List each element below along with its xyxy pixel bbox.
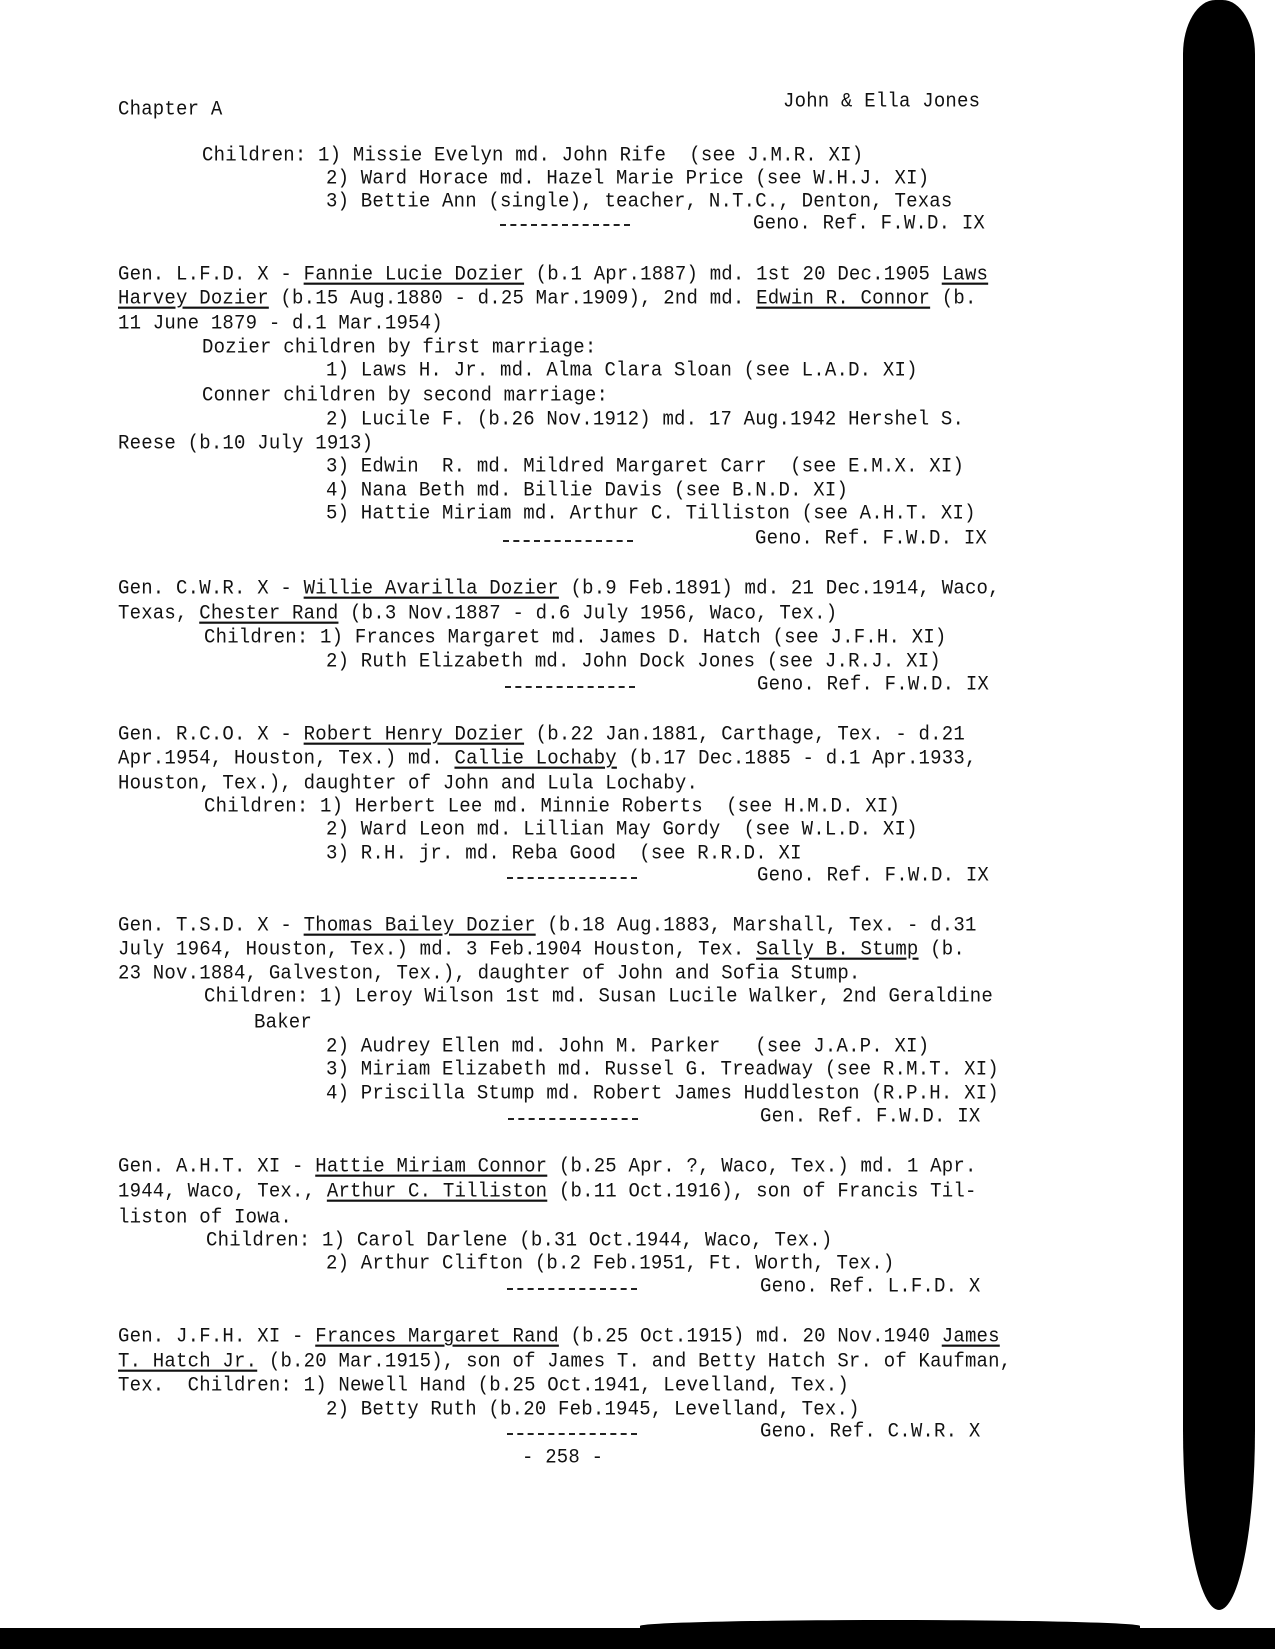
entry-line: Conner children by second marriage: [202, 382, 608, 408]
geno-ref: Gen. Ref. F.W.D. IX [760, 1103, 980, 1129]
geno-ref: Geno. Ref. L.F.D. X [760, 1273, 980, 1299]
entry-line: Gen. C.W.R. X - Willie Avarilla Dozier (… [118, 575, 1000, 601]
entry-line: Apr.1954, Houston, Tex.) md. Callie Loch… [118, 745, 977, 771]
entry-line: 11 June 1879 - d.1 Mar.1954) [118, 310, 443, 336]
separator [507, 1288, 637, 1290]
person-name: Thomas Bailey Dozier [304, 913, 536, 937]
spouse-name: Harvey Dozier [118, 286, 269, 310]
separator [500, 224, 630, 226]
child-line: 3) R.H. jr. md. Reba Good (see R.R.D. XI [326, 840, 802, 866]
entry-text: (b.11 Oct.1916), son of Francis Til- [547, 1179, 976, 1203]
spouse-name: Laws [942, 262, 988, 286]
person-name: Fannie Lucie Dozier [304, 262, 524, 286]
entry-line: July 1964, Houston, Tex.) md. 3 Feb.1904… [118, 936, 965, 962]
spouse-name: Sally B. Stump [756, 937, 918, 961]
entry-text: Apr.1954, Houston, Tex.) md. [118, 746, 454, 770]
child-line: Children: 1) Frances Margaret md. James … [204, 624, 947, 650]
scan-edge-shadow-bottom [0, 1628, 1275, 1649]
spouse-name: T. Hatch Jr. [118, 1349, 257, 1373]
entry-text: (b.25 Apr. ?, Waco, Tex.) md. 1 Apr. [547, 1154, 976, 1178]
entry-line: 1944, Waco, Tex., Arthur C. Tilliston (b… [118, 1178, 977, 1204]
entry-text: (b.17 Dec.1885 - d.1 Apr.1933, [617, 746, 977, 770]
gen-code: Gen. L.F.D. X - [118, 262, 304, 286]
spouse-name: Arthur C. Tilliston [327, 1179, 547, 1203]
entry-text: (b. [930, 286, 976, 310]
entry-text: (b.25 Oct.1915) md. 20 Nov.1940 [559, 1324, 942, 1348]
entry-text: (b.22 Jan.1881, Carthage, Tex. - d.21 [524, 722, 965, 746]
separator [508, 1118, 638, 1120]
chapter-heading: Chapter A [118, 96, 222, 122]
entry-line: Gen. A.H.T. XI - Hattie Miriam Connor (b… [118, 1153, 977, 1179]
geno-ref: Geno. Ref. C.W.R. X [760, 1418, 980, 1444]
child-line: Children: 1) Leroy Wilson 1st md. Susan … [204, 983, 993, 1009]
child-line: Baker [254, 1009, 312, 1035]
gen-code: Gen. A.H.T. XI - [118, 1154, 315, 1178]
gen-code: Gen. T.S.D. X - [118, 913, 304, 937]
entry-text: (b.20 Mar.1915), son of James T. and Bet… [257, 1349, 1011, 1373]
entry-line: Gen. T.S.D. X - Thomas Bailey Dozier (b.… [118, 912, 977, 938]
child-line: 3) Edwin R. md. Mildred Margaret Carr (s… [326, 453, 964, 479]
child-line: 2) Lucile F. (b.26 Nov.1912) md. 17 Aug.… [326, 406, 964, 432]
child-line: 3) Miriam Elizabeth md. Russel G. Treadw… [326, 1056, 999, 1082]
entry-text: July 1964, Houston, Tex.) md. 3 Feb.1904… [118, 937, 756, 961]
person-name: Frances Margaret Rand [315, 1324, 559, 1348]
person-name: Willie Avarilla Dozier [304, 576, 559, 600]
entry-line: Gen. L.F.D. X - Fannie Lucie Dozier (b.1… [118, 261, 988, 287]
entry-text: Texas, [118, 601, 199, 625]
spouse-name: Chester Rand [199, 601, 338, 625]
entry-line: T. Hatch Jr. (b.20 Mar.1915), son of Jam… [118, 1348, 1011, 1374]
entry-text: (b. [919, 937, 965, 961]
spouse-name: Edwin R. Connor [756, 286, 930, 310]
scan-edge-shadow-right [1183, 0, 1255, 1610]
entry-text: 1944, Waco, Tex., [118, 1179, 327, 1203]
entry-text: (b.15 Aug.1880 - d.25 Mar.1909), 2nd md. [269, 286, 756, 310]
page-number: - 258 - [522, 1444, 603, 1470]
entry-text: (b.3 Nov.1887 - d.6 July 1956, Waco, Tex… [338, 601, 837, 625]
geno-ref: Geno. Ref. F.W.D. IX [755, 525, 987, 551]
gen-code: Gen. C.W.R. X - [118, 576, 304, 600]
child-line: 5) Hattie Miriam md. Arthur C. Tilliston… [326, 500, 976, 526]
child-line: 1) Laws H. Jr. md. Alma Clara Sloan (see… [326, 357, 918, 383]
person-name: Hattie Miriam Connor [315, 1154, 547, 1178]
separator [507, 1433, 637, 1435]
separator [507, 877, 637, 879]
child-line: Tex. Children: 1) Newell Hand (b.25 Oct.… [118, 1372, 849, 1398]
geno-ref: Geno. Ref. F.W.D. IX [753, 210, 985, 236]
gen-code: Gen. R.C.O. X - [118, 722, 304, 746]
document-page: Chapter A John & Ella Jones Children: 1)… [0, 0, 1275, 1649]
family-heading: John & Ella Jones [783, 88, 980, 114]
child-line: 2) Ward Leon md. Lillian May Gordy (see … [326, 816, 918, 842]
person-name: Robert Henry Dozier [304, 722, 524, 746]
separator [503, 540, 633, 542]
entry-line: Harvey Dozier (b.15 Aug.1880 - d.25 Mar.… [118, 285, 977, 311]
separator [505, 686, 635, 688]
spouse-name: James [942, 1324, 1000, 1348]
entry-text: (b.18 Aug.1883, Marshall, Tex. - d.31 [536, 913, 977, 937]
geno-ref: Geno. Ref. F.W.D. IX [757, 671, 989, 697]
entry-line: Gen. R.C.O. X - Robert Henry Dozier (b.2… [118, 721, 965, 747]
gen-code: Gen. J.F.H. XI - [118, 1324, 315, 1348]
entry-line: Texas, Chester Rand (b.3 Nov.1887 - d.6 … [118, 600, 837, 626]
spouse-name: Callie Lochaby [454, 746, 616, 770]
geno-ref: Geno. Ref. F.W.D. IX [757, 862, 989, 888]
entry-line: Gen. J.F.H. XI - Frances Margaret Rand (… [118, 1323, 1000, 1349]
entry-text: (b.9 Feb.1891) md. 21 Dec.1914, Waco, [559, 576, 1000, 600]
entry-text: (b.1 Apr.1887) md. 1st 20 Dec.1905 [524, 262, 942, 286]
